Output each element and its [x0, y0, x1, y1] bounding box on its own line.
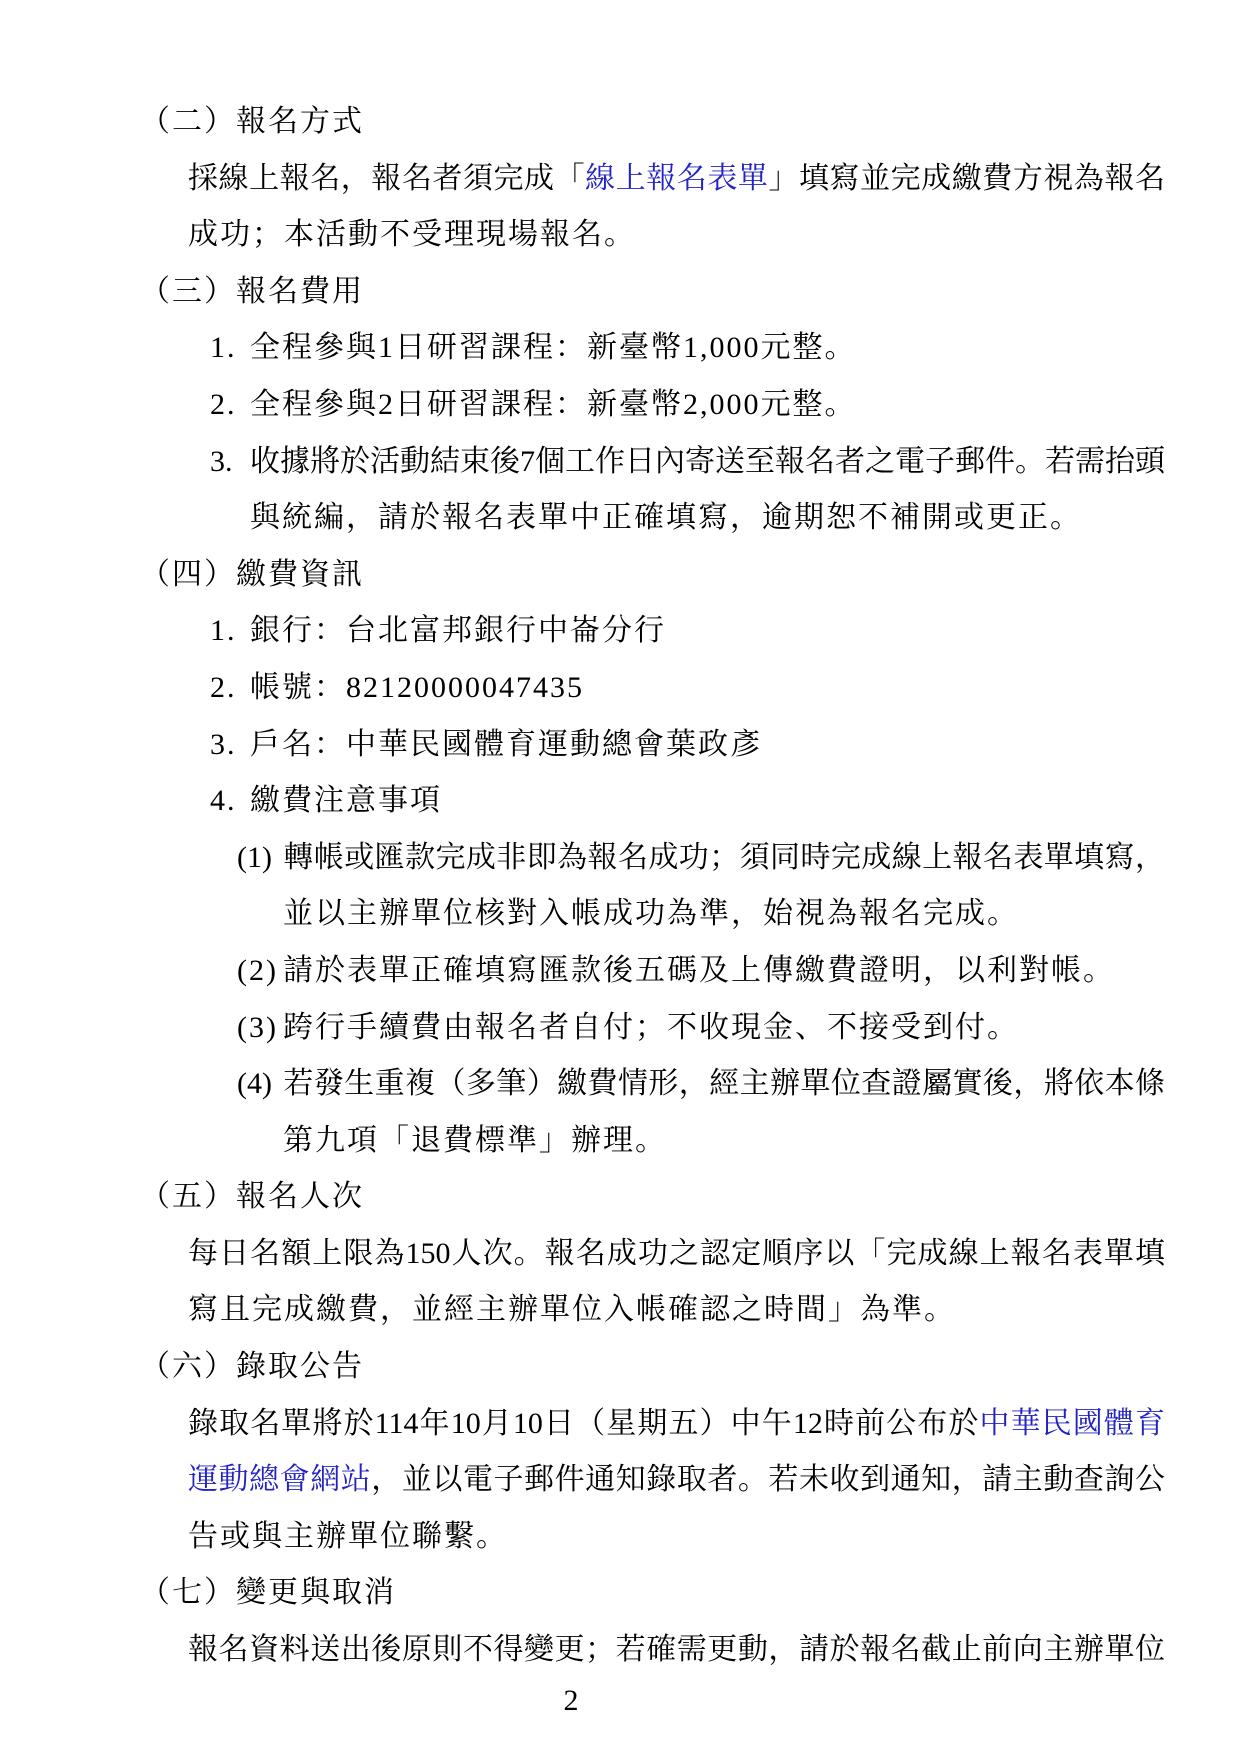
section-heading: （六）錄取公告 — [0, 1339, 1165, 1396]
list-marker: (2) — [237, 943, 283, 1000]
text-run: 錄取名單將於114年10月10日（星期五）中午12時前公布於 — [188, 1407, 979, 1440]
text-line: 報名資料送出後原則不得變更；若確需更動，請於報名截止前向主辦單位 — [0, 1622, 1165, 1679]
list-marker: (4) — [237, 1056, 283, 1113]
text-run: 寫且完成繳費，並經主辦單位入帳確認之時間」為準。 — [188, 1293, 956, 1326]
text-line: (2)請於表單正確填寫匯款後五碼及上傳繳費證明，以利對帳。 — [0, 943, 1165, 1000]
text-run: 繳費注意事項 — [250, 784, 442, 817]
section-heading: （七）變更與取消 — [0, 1565, 1165, 1622]
text-run: 若發生重複（多筆）繳費情形，經主辦單位查證屬實後，將依本條 — [283, 1067, 1165, 1100]
text-line: 成功；本活動不受理現場報名。 — [0, 207, 1165, 264]
list-marker: (3) — [237, 1000, 283, 1057]
text-line: 第九項「退費標準」辦理。 — [0, 1113, 1165, 1170]
text-line: 每日名額上限為150人次。報名成功之認定順序以「完成線上報名表單填 — [0, 1226, 1165, 1283]
text-run: 與統編，請於報名表單中正確填寫，逾期恕不補開或更正。 — [250, 501, 1082, 534]
text-run: （四）繳費資訊 — [140, 558, 364, 591]
text-line: 並以主辦單位核對入帳成功為準，始視為報名完成。 — [0, 886, 1165, 943]
list-marker: 1. — [210, 320, 250, 377]
text-run: 每日名額上限為150人次。報名成功之認定順序以「完成線上報名表單填 — [188, 1237, 1165, 1270]
ctaa-website-link-line1[interactable]: 中華民國體育 — [979, 1407, 1165, 1440]
text-line: 4.繳費注意事項 — [0, 773, 1165, 830]
text-line: 3.戶名：中華民國體育運動總會葉政彥 — [0, 717, 1165, 774]
list-marker: 4. — [210, 773, 250, 830]
text-line: (4)若發生重複（多筆）繳費情形，經主辦單位查證屬實後，將依本條 — [0, 1056, 1165, 1113]
ctaa-website-link-line2[interactable]: 運動總會網站 — [188, 1463, 371, 1496]
section-heading: （四）繳費資訊 — [0, 547, 1165, 604]
text-run: 跨行手續費由報名者自付；不收現金、不接受到付。 — [283, 1011, 1019, 1044]
list-marker: 3. — [210, 434, 250, 491]
list-marker: 2. — [210, 660, 250, 717]
text-run: 採線上報名，報名者須完成「 — [188, 162, 585, 195]
text-run: 請於表單正確填寫匯款後五碼及上傳繳費證明，以利對帳。 — [283, 954, 1115, 987]
text-line: 採線上報名，報名者須完成「線上報名表單」填寫並完成繳費方視為報名 — [0, 151, 1165, 208]
text-line: 寫且完成繳費，並經主辦單位入帳確認之時間」為準。 — [0, 1282, 1165, 1339]
text-run: 全程參與2日研習課程：新臺幣2,000元整。 — [250, 388, 857, 421]
text-line: 2.全程參與2日研習課程：新臺幣2,000元整。 — [0, 377, 1165, 434]
list-marker: 2. — [210, 377, 250, 434]
text-run: （七）變更與取消 — [140, 1576, 396, 1609]
text-run: 銀行：台北富邦銀行中崙分行 — [250, 614, 666, 647]
text-run: 帳號：82120000047435 — [250, 671, 584, 704]
online-registration-form-link[interactable]: 線上報名表單 — [585, 162, 768, 195]
text-run: 戶名：中華民國體育運動總會葉政彥 — [250, 728, 762, 761]
text-line: (3)跨行手續費由報名者自付；不收現金、不接受到付。 — [0, 1000, 1165, 1057]
text-run: 成功；本活動不受理現場報名。 — [188, 218, 636, 251]
text-line: (1)轉帳或匯款完成非即為報名成功；須同時完成線上報名表單填寫， — [0, 830, 1165, 887]
text-line: 運動總會網站，並以電子郵件通知錄取者。若未收到通知，請主動查詢公 — [0, 1452, 1165, 1509]
text-line: 錄取名單將於114年10月10日（星期五）中午12時前公布於中華民國體育 — [0, 1396, 1165, 1453]
section-heading: （五）報名人次 — [0, 1169, 1165, 1226]
list-marker: 1. — [210, 603, 250, 660]
text-line: 與統編，請於報名表單中正確填寫，逾期恕不補開或更正。 — [0, 490, 1165, 547]
text-line: 1.全程參與1日研習課程：新臺幣1,000元整。 — [0, 320, 1165, 377]
text-run: 收據將於活動結束後7個工作日內寄送至報名者之電子郵件。若需抬頭 — [250, 445, 1165, 478]
list-marker: 3. — [210, 717, 250, 774]
text-run: ，並以電子郵件通知錄取者。若未收到通知，請主動查詢公 — [371, 1463, 1165, 1496]
text-run: 告或與主辦單位聯繫。 — [188, 1520, 508, 1553]
document-page: （二）報名方式採線上報名，報名者須完成「線上報名表單」填寫並完成繳費方視為報名成… — [0, 0, 1242, 1756]
text-run: 並以主辦單位核對入帳成功為準，始視為報名完成。 — [283, 897, 1019, 930]
text-line: 2.帳號：82120000047435 — [0, 660, 1165, 717]
text-line: 告或與主辦單位聯繫。 — [0, 1509, 1165, 1566]
text-line: 3.收據將於活動結束後7個工作日內寄送至報名者之電子郵件。若需抬頭 — [0, 434, 1165, 491]
list-marker: (1) — [237, 830, 283, 887]
text-run: 全程參與1日研習課程：新臺幣1,000元整。 — [250, 331, 857, 364]
text-run: （五）報名人次 — [140, 1180, 364, 1213]
text-run: 」填寫並完成繳費方視為報名 — [768, 162, 1165, 195]
section-heading: （二）報名方式 — [0, 94, 1165, 151]
text-run: （六）錄取公告 — [140, 1350, 364, 1383]
text-run: 第九項「退費標準」辦理。 — [283, 1124, 667, 1157]
document-content: （二）報名方式採線上報名，報名者須完成「線上報名表單」填寫並完成繳費方視為報名成… — [0, 0, 1242, 1679]
text-line: 1.銀行：台北富邦銀行中崙分行 — [0, 603, 1165, 660]
text-run: 報名資料送出後原則不得變更；若確需更動，請於報名截止前向主辦單位 — [188, 1633, 1165, 1666]
text-run: （二）報名方式 — [140, 105, 364, 138]
text-run: （三）報名費用 — [140, 275, 364, 308]
page-number: 2 — [0, 1681, 1242, 1721]
section-heading: （三）報名費用 — [0, 264, 1165, 321]
text-run: 轉帳或匯款完成非即為報名成功；須同時完成線上報名表單填寫， — [283, 841, 1165, 874]
